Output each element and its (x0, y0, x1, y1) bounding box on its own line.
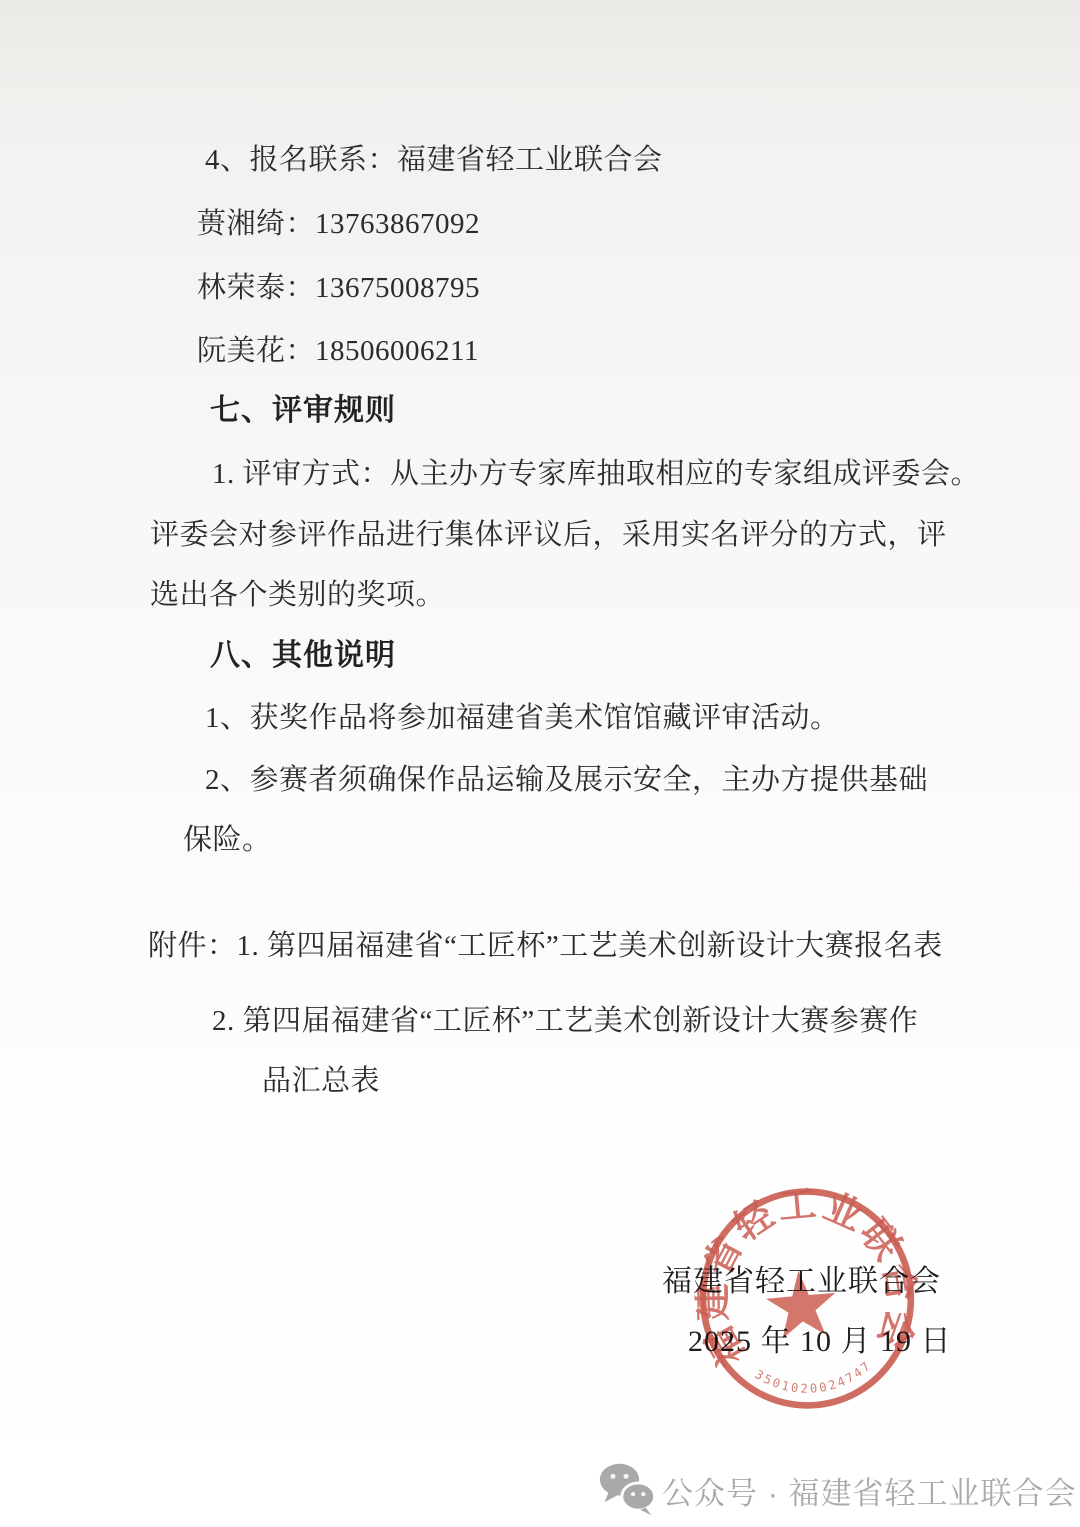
section-title-review-rules: 七、评审规则 (210, 394, 396, 429)
other-notes-line: 1、获奖作品将参加福建省美术馆馆藏评审活动。 (205, 702, 840, 735)
svg-text:福建省轻工业联合会: 福建省轻工业联合会 (685, 1175, 928, 1375)
wechat-icon (598, 1461, 656, 1517)
seal-star-icon (764, 1268, 839, 1340)
other-notes-line: 保险。 (183, 824, 272, 857)
review-rules-line: 1. 评审方式：从主办方专家库抽取相应的专家组成评委会。 (212, 458, 980, 491)
attachment-line: 品汇总表 (262, 1065, 380, 1098)
other-notes-line: 2、参赛者须确保作品运输及展示安全，主办方提供基础 (205, 764, 928, 797)
seal-arc-text: 福建省轻工业联合会 (685, 1175, 928, 1375)
contact-line: 阮美花：18506006211 (197, 335, 479, 368)
review-rules-line: 评委会对参评作品进行集体评议后，采用实名评分的方式，评 (150, 519, 947, 552)
attachment-line: 附件：1. 第四届福建省“工匠杯”工艺美术创新设计大赛报名表 (148, 930, 943, 963)
official-seal-graphic: 福建省轻工业联合会 3501020024747 (685, 1175, 928, 1424)
attachment-line: 2. 第四届福建省“工匠杯”工艺美术创新设计大赛参赛作 (212, 1005, 918, 1038)
document-page: 4、报名联系：福建省轻工业联合会 蒉湘绮：13763867092 林荣泰：136… (0, 0, 1080, 1527)
footer-account-label: 公众号 · 福建省轻工业联合会 (662, 1468, 1077, 1513)
review-rules-line: 选出各个类别的奖项。 (150, 579, 445, 612)
section-title-other-notes: 八、其他说明 (210, 639, 396, 674)
contact-intro-line: 4、报名联系：福建省轻工业联合会 (205, 144, 663, 177)
official-seal: 福建省轻工业联合会 3501020024747 (685, 1175, 928, 1424)
contact-line: 蒉湘绮：13763867092 (197, 208, 480, 241)
contact-line: 林荣泰：13675008795 (197, 272, 480, 305)
